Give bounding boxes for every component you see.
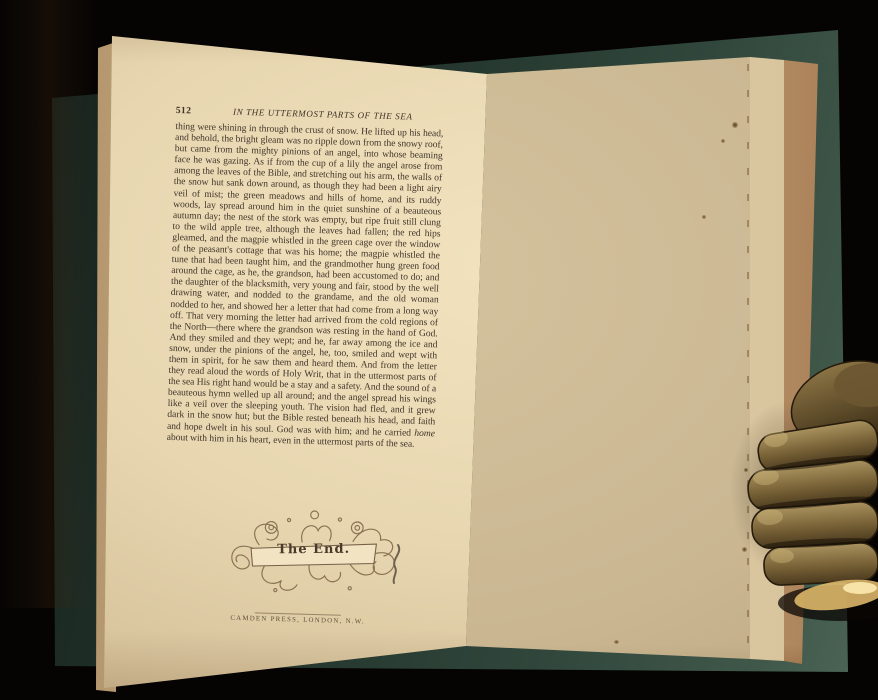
finger-4 [763, 542, 878, 586]
body-text-italic-word: home [414, 427, 435, 439]
running-title: IN THE UTTERMOST PARTS OF THE SEA [204, 106, 448, 123]
body-text: thing were shining in through the crust … [167, 121, 444, 450]
page-number: 512 [176, 106, 204, 117]
pen-mark [388, 542, 404, 586]
foxing-spot [702, 215, 706, 219]
book-photograph: 512 IN THE UTTERMOST PARTS OF THE SEA th… [0, 0, 878, 700]
page-header: 512 IN THE UTTERMOST PARTS OF THE SEA [176, 105, 448, 124]
foxing-spot [721, 139, 725, 143]
gutter-shadow [0, 0, 94, 608]
foxing-spot [614, 640, 619, 644]
imprint-text: CAMDEN PRESS, LONDON, N.W. [230, 615, 365, 626]
body-text-part1: thing were shining in through the crust … [167, 121, 444, 438]
foxing-spot [732, 122, 738, 128]
printed-page-content: 512 IN THE UTTERMOST PARTS OF THE SEA th… [160, 105, 448, 672]
end-text: The End. [226, 541, 402, 557]
brass-hand-paperweight [718, 355, 878, 645]
brass-glint [843, 582, 877, 594]
printer-imprint: CAMDEN PRESS, LONDON, N.W. [164, 610, 432, 627]
